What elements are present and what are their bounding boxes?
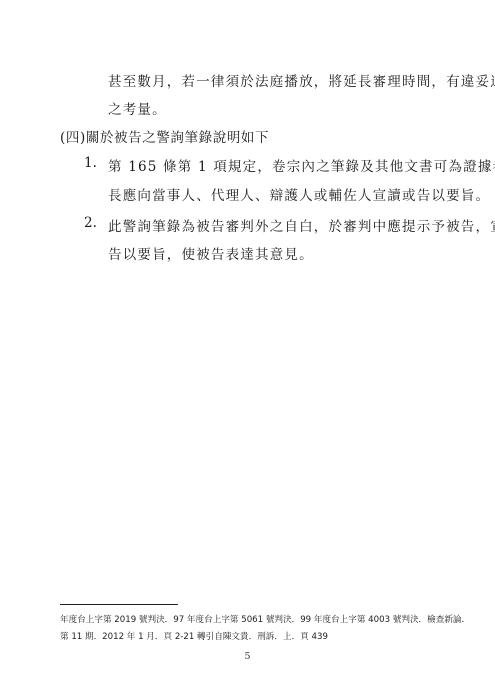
- list-item-number: 2.: [84, 215, 97, 231]
- paragraph-line: 甚至數月，若一律須於法庭播放，將延長審理時間，有違妥速審判: [108, 70, 495, 90]
- footnote-line: 年度台上字第 2019 號判決．97 年度台上字第 5061 號判決．99 年度…: [60, 613, 470, 625]
- page-number: 5: [0, 651, 495, 662]
- document-page: 甚至數月，若一律須於法庭播放，將延長審理時間，有違妥速審判 之考量。 (四)關於…: [0, 0, 495, 700]
- list-item-line: 告以要旨，使被告表達其意見。: [108, 243, 314, 263]
- list-item-line: 長應向當事人、代理人、辯護人或輔佐人宣讀或告以要旨。: [108, 184, 490, 204]
- list-item-number: 1.: [84, 155, 97, 171]
- list-item-line: 此警詢筆錄為被告審判外之自白，於審判中應提示予被告，宣讀或: [108, 215, 495, 235]
- footnote-line: 第 11 期．2012 年 1 月．頁 2-21 轉引自陳文貴．刑訴．上．頁 4…: [60, 630, 328, 642]
- section-heading: (四)關於被告之警詢筆錄說明如下: [60, 126, 269, 146]
- paragraph-line: 之考量。: [108, 98, 167, 118]
- list-item-line: 第 165 條第 1 項規定，卷宗內之筆錄及其他文書可為證據者，審判: [108, 155, 495, 175]
- footnote-separator: [60, 604, 178, 605]
